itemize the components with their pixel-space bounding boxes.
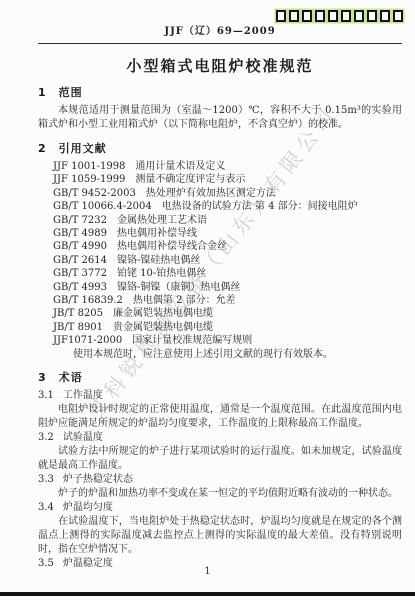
header-rule xyxy=(38,43,402,44)
section-1-body: 本规范适用于测量范围为（室温～1200）℃，容积不大于 0.15m³的实验用箱式… xyxy=(38,104,402,132)
section-2-heading: 2 引用文献 xyxy=(38,140,402,156)
term-heading: 3.4炉温均匀度 xyxy=(38,501,402,515)
registration-mark-icon xyxy=(341,10,351,22)
document-code-header: JJF（辽）69—2009 xyxy=(38,22,402,37)
reference-item: JB/T 8901 贵金属铠装热电偶电缆 xyxy=(53,321,402,334)
term-block: 3.4炉温均匀度 在试验温度下，当电阻炉处于热稳定状态时，炉温均匀度就是在规定的… xyxy=(38,501,402,557)
registration-mark-icon xyxy=(380,10,390,22)
term-name: 炉温均匀度 xyxy=(63,502,113,513)
reference-list: JJF 1001-1998 通用计量术语及定义 JJF 1059-1999 测量… xyxy=(38,160,402,361)
registration-mark-icon xyxy=(328,10,338,22)
reference-item: GB/T 4990 热电偶用补偿导线合金丝 xyxy=(53,240,402,253)
reference-item: GB/T 4989 热电偶用补偿导线 xyxy=(53,227,402,240)
term-name: 炉子热稳定状态 xyxy=(63,474,133,485)
registration-mark-icon xyxy=(367,10,377,22)
page-number: 1 xyxy=(0,566,415,577)
page-content: JJF（辽）69—2009 小型箱式电阻炉校准规范 1 范围 本规范适用于测量范… xyxy=(38,22,402,571)
term-definition: 在试验温度下，当电阻炉处于热稳定状态时，炉温均匀度就是在规定的各个测温点上测得的… xyxy=(38,515,402,557)
term-number: 3.3 xyxy=(38,473,54,487)
term-name: 工作温度 xyxy=(63,390,103,401)
reference-item: GB/T 16839.2 热电偶第 2 部分：允差 xyxy=(53,294,402,307)
reference-item: JB/T 8205 廉金属铠装热电偶电缆 xyxy=(53,307,402,320)
registration-mark-icon xyxy=(354,10,364,22)
reference-item: GB/T 9452-2003 热处理炉有效加热区测定方法 xyxy=(53,187,402,200)
reference-item: GB/T 7232 金属热处理工艺术语 xyxy=(53,214,402,227)
term-name: 试验温度 xyxy=(63,432,103,443)
term-heading: 3.1工作温度 xyxy=(38,389,402,403)
term-definition: 试验方法中所规定的炉子进行某项试验时的运行温度。如未加规定，试验温度就是最高工作… xyxy=(38,445,402,473)
document-title: 小型箱式电阻炉校准规范 xyxy=(38,55,402,76)
section-3-heading: 3 术语 xyxy=(38,369,402,385)
term-number: 3.4 xyxy=(38,501,54,515)
reference-item: GB/T 2614 镍铬-镍硅热电偶丝 xyxy=(53,254,402,267)
document-page: 艾科锐检测设备（山东）有限公司 JJF（辽）69—2009 小型箱式电阻炉校准规… xyxy=(0,0,415,600)
term-heading: 3.3炉子热稳定状态 xyxy=(38,473,402,487)
registration-mark-icon xyxy=(393,10,403,22)
registration-mark-icon xyxy=(302,10,312,22)
reference-item: JJF 1059-1999 测量不确定度评定与表示 xyxy=(53,173,402,186)
term-definition: 炉子的炉温和加热功率不变或在某一恒定的平均值附近略有波动的一种状态。 xyxy=(38,487,402,501)
registration-marks xyxy=(276,10,403,22)
reference-note: 使用本规范时，应注意使用上述引用文献的现行有效版本。 xyxy=(53,348,402,361)
section-1-heading: 1 范围 xyxy=(38,84,402,100)
registration-mark-icon xyxy=(315,10,325,22)
scan-edge-bar xyxy=(0,592,415,596)
registration-mark-icon xyxy=(276,10,286,22)
term-heading: 3.2试验温度 xyxy=(38,431,402,445)
registration-mark-icon xyxy=(289,10,299,22)
term-block: 3.2试验温度 试验方法中所规定的炉子进行某项试验时的运行温度。如未加规定，试验… xyxy=(38,431,402,473)
reference-item: GB/T 4993 镍铬-铜镍（康铜）热电偶丝 xyxy=(53,281,402,294)
reference-item: GB/T 3772 铂铑 10-铂热电偶丝 xyxy=(53,267,402,280)
term-block: 3.1工作温度 电阻炉设计时规定的正常使用温度，通常是一个温度范围。在此温度范围… xyxy=(38,389,402,431)
term-definition: 电阻炉设计时规定的正常使用温度，通常是一个温度范围。在此温度范围内电阻炉应能满足… xyxy=(38,403,402,431)
reference-item: GB/T 10066.4-2004 电热设备的试验方法 第 4 部分：间接电阻炉 xyxy=(53,200,402,213)
reference-item: JJF 1001-1998 通用计量术语及定义 xyxy=(53,160,402,173)
term-number: 3.1 xyxy=(38,389,54,403)
term-number: 3.2 xyxy=(38,431,54,445)
reference-item: JJF1071-2000 国家计量校准规范编写规则 xyxy=(53,334,402,347)
term-block: 3.3炉子热稳定状态 炉子的炉温和加热功率不变或在某一恒定的平均值附近略有波动的… xyxy=(38,473,402,501)
